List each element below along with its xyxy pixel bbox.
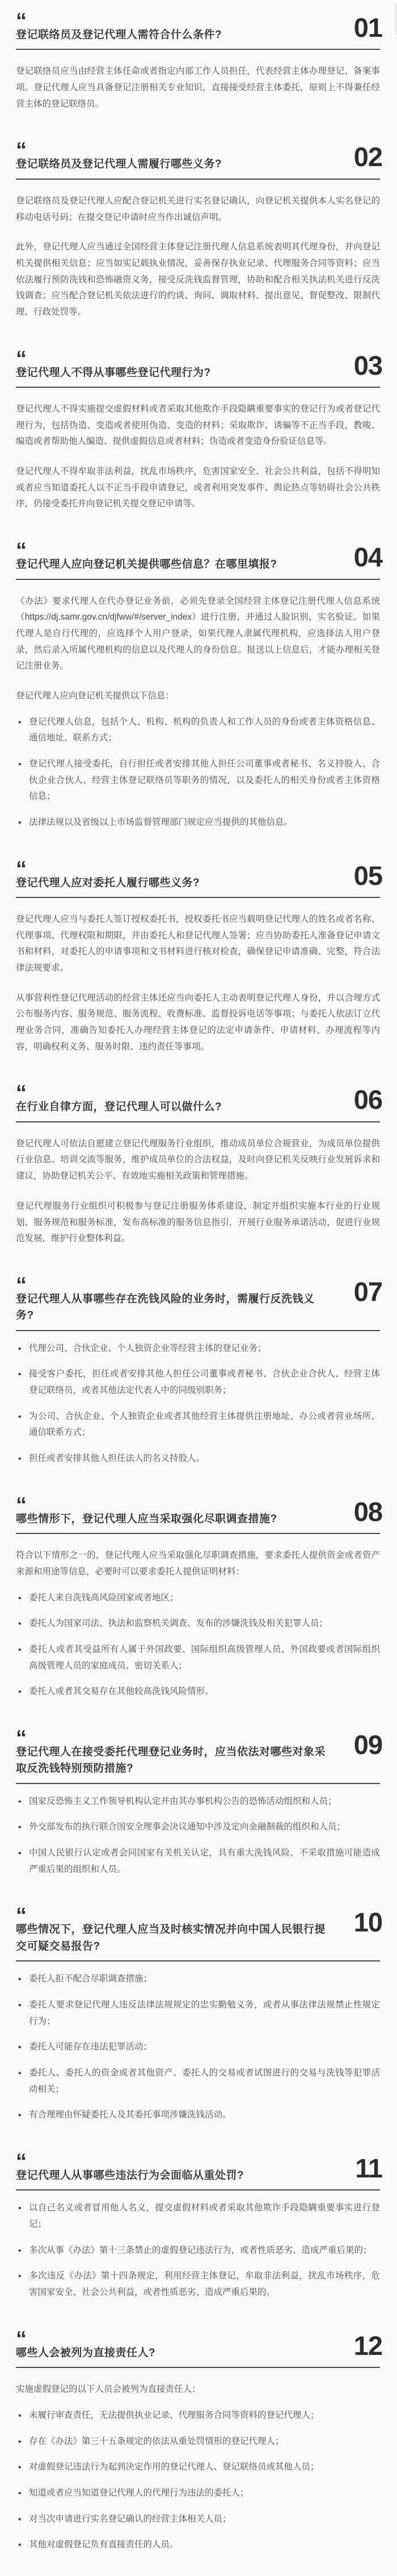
section-title: 登记联络员及登记代理人需履行哪些义务? — [16, 156, 330, 172]
bullet-item: 对当次申请进行实名登记确认的经营主体相关人员； — [16, 2511, 380, 2528]
section-body: 登记代理人应当与委托人签订授权委托书，授权委托书应当载明登记代理人的姓名或者名称… — [16, 912, 380, 1055]
quote-icon: “ — [16, 863, 330, 875]
bullet-item: 知道或者应当知道登记代理人的代理行为违法的委托人； — [16, 2485, 380, 2502]
bullet-item: 对虚假登记违法行为起到决定作用的登记代理人、登记联络员或其他人员； — [16, 2459, 380, 2476]
bullet-item: 未履行审查责任，无法提供执业记录、代理服务合同等资料的登记代理人； — [16, 2408, 380, 2424]
bullet-item: 委托人可能存在违法犯罪活动； — [16, 2039, 380, 2056]
section-body: 实施虚假登记的以下人员会被列为直接责任人：未履行审查责任，无法提供执业记录、代理… — [16, 2382, 380, 2553]
section-body: 登记代理人不得实施提交虚假材料或者采取其他欺诈手段隐瞒重要事实的登记行为或者登记… — [16, 401, 380, 512]
sections: “ 登记联络员及登记代理人需符合什么条件? 01 登记联络员应当由经营主体任命或… — [16, 15, 380, 2553]
section-body: 《办法》要求代理人在代办登记业务前，必须先登录全国经营主体登记注册代理人信息系统… — [16, 594, 380, 831]
section-title: 登记联络员及登记代理人需符合什么条件? — [16, 27, 330, 43]
quote-icon: “ — [16, 1732, 330, 1744]
paragraph: 符合以下情形之一的，登记代理人应当采取强化尽职调查措施，要求委托人提供资金或者资… — [16, 1548, 380, 1580]
section-rule — [16, 897, 380, 898]
section-title: 登记代理人应向登记机关提供哪些信息？在哪里填报? — [16, 556, 330, 573]
section-rule — [16, 1533, 380, 1534]
bullet-list: 委托人来自洗钱高风险国家或者地区；委托人为国家司法、执法和监察机关调查、发布的涉… — [16, 1590, 380, 1700]
section-title: 在行业自律方面，登记代理人可以做什么? — [16, 1099, 330, 1115]
section-number: 04 — [354, 543, 382, 571]
section-number: 06 — [354, 1086, 382, 1113]
section-number: 10 — [354, 1908, 382, 1936]
bullet-item: 委托人、委托人的资金或者其他资产、委托人的交易或者试图进行的交易与洗钱等犯罪活动… — [16, 2065, 380, 2098]
bullet-item: 法律法规以及省级以上市场监督管理部门规定应当提供的其他信息。 — [16, 815, 380, 831]
bullet-list: 代理公司、合伙企业、个人独资企业等经营主体的登记业务；接受客户委托，担任或者安排… — [16, 1341, 380, 1467]
bullet-item: 接受客户委托，担任或者安排其他人担任公司董事或者秘书、合伙企业合伙人、经营主体登… — [16, 1366, 380, 1399]
paragraph: 从事营利性登记代理活动的经营主体还应当向委托人主动表明登记代理人身份，并以合理方… — [16, 990, 380, 1056]
section-rule — [16, 1783, 380, 1784]
paragraph: 登记代理人应当与委托人签订授权委托书，授权委托书应当载明登记代理人的姓名或者名称… — [16, 912, 380, 977]
section-title: 登记代理人在接受委托代理登记业务时，应当依法对哪些对象采取反洗钱特别预防措施? — [16, 1744, 330, 1777]
paragraph: 《办法》要求代理人在代办登记业务前，必须先登录全国经营主体登记注册代理人信息系统… — [16, 594, 380, 675]
section-body: 国家反恐怖主义工作领导机构认定并由其办事机构公告的恐怖活动组织和人员；外交部发布… — [16, 1794, 380, 1878]
paragraph: 登记代理服务行业组织可积极参与登记注册服务体系建设，制定并组织实施本行业的行业规… — [16, 1198, 380, 1247]
section-header: “ 登记联络员及登记代理人需履行哪些义务? 02 — [16, 144, 380, 172]
quote-icon: “ — [16, 2333, 330, 2345]
section-header: “ 哪些人会被列为直接责任人? 12 — [16, 2333, 380, 2361]
quote-icon: “ — [16, 1909, 330, 1921]
bullet-item: 外交部发布的执行联合国安全理事会决议通知中涉及定向金融制裁的组织和人员； — [16, 1819, 380, 1836]
quote-icon: “ — [16, 1499, 330, 1511]
section-title: 登记代理人应对委托人履行哪些义务? — [16, 875, 330, 891]
bullet-list: 登记代理人信息，包括个人、机构、机构的负责人和工作人员的身份或者主体资格信息、通… — [16, 714, 380, 831]
quote-icon: “ — [16, 544, 330, 556]
section-rule — [16, 179, 380, 180]
section-title: 哪些情形下，登记代理人应当采取强化尽职调查措施? — [16, 1511, 330, 1527]
section-number: 09 — [354, 1731, 382, 1759]
faq-section: “ 登记代理人在接受委托代理登记业务时，应当依法对哪些对象采取反洗钱特别预防措施… — [16, 1732, 380, 1878]
bullet-item: 委托人拒不配合尽职调查措施； — [16, 1971, 380, 1988]
section-number: 11 — [355, 2154, 382, 2182]
section-body: 代理公司、合伙企业、个人独资企业等经营主体的登记业务；接受客户委托，担任或者安排… — [16, 1341, 380, 1467]
bullet-list: 未履行审查责任，无法提供执业记录、代理服务合同等资料的登记代理人；存在《办法》第… — [16, 2408, 380, 2553]
faq-section: “ 登记代理人不得从事哪些登记代理行为? 03 登记代理人不得实施提交虚假材料或… — [16, 353, 380, 512]
quote-icon: “ — [16, 1087, 330, 1099]
paragraph: 此外，登记代理人应当通过全国经营主体登记注册代理人信息系统表明其代理身份，并向登… — [16, 239, 380, 320]
faq-section: “ 哪些人会被列为直接责任人? 12 实施虚假登记的以下人员会被列为直接责任人：… — [16, 2333, 380, 2553]
bullet-item: 中国人民银行认定或者会同国家有关机关认定，具有重大洗钱风险、不采取措施可能造成严… — [16, 1845, 380, 1878]
section-header: “ 在行业自律方面，登记代理人可以做什么? 06 — [16, 1087, 380, 1115]
section-rule — [16, 1960, 380, 1961]
quote-icon: “ — [16, 1279, 330, 1291]
bullet-item: 委托人为国家司法、执法和监察机关调查、发布的涉嫌洗钱及相关犯罪人员； — [16, 1616, 380, 1632]
bullet-item: 委托人或者其受益所有人属于外国政要、国际组织高级管理人员、外国政要或者国际组织高… — [16, 1642, 380, 1674]
quote-icon: “ — [16, 15, 330, 27]
section-number: 05 — [354, 862, 382, 889]
bullet-item: 担任或者安排其他人担任法人的名义持股人。 — [16, 1451, 380, 1467]
section-header: “ 登记代理人在接受委托代理登记业务时，应当依法对哪些对象采取反洗钱特别预防措施… — [16, 1732, 380, 1777]
section-header: “ 登记代理人应对委托人履行哪些义务? 05 — [16, 863, 380, 891]
section-header: “ 哪些情况下，登记代理人应当及时核实情况并向中国人民银行提交可疑交易报告? 1… — [16, 1909, 380, 1955]
bullet-item: 委托人要求登记代理人违反法律法规规定的忠实勤勉义务，或者从事法律法规禁止性规定行… — [16, 1997, 380, 2030]
paragraph: 登记代理人可依法自愿建立登记代理服务行业组织，推动成员单位合规营业，为成员单位提… — [16, 1136, 380, 1185]
bullet-item: 以自己名义或者冒用他人名义，提交虚假材料或者采取其他欺诈手段隐瞒重要事实进行登记… — [16, 2200, 380, 2232]
section-number: 08 — [354, 1498, 382, 1526]
bullet-item: 多次从事《办法》第十三条禁止的虚假登记违法行为，或者性质恶劣、造成严重后果的； — [16, 2243, 380, 2259]
section-header: “ 登记代理人不得从事哪些登记代理行为? 03 — [16, 353, 380, 381]
section-header: “ 登记代理人从事哪些违法行为会面临从重处罚? 11 — [16, 2155, 380, 2184]
scrollbar-thumb[interactable] — [395, 3, 397, 35]
faq-section: “ 登记代理人从事哪些违法行为会面临从重处罚? 11 以自己名义或者冒用他人名义… — [16, 2155, 380, 2301]
faq-section: “ 登记代理人应对委托人履行哪些义务? 05 登记代理人应当与委托人签订授权委托… — [16, 863, 380, 1056]
bullet-list: 国家反恐怖主义工作领导机构认定并由其办事机构公告的恐怖活动组织和人员；外交部发布… — [16, 1794, 380, 1878]
section-header: “ 登记联络员及登记代理人需符合什么条件? 01 — [16, 15, 380, 43]
faq-section: “ 登记代理人从事哪些存在洗钱风险的业务时，需履行反洗钱义务? 07 代理公司、… — [16, 1279, 380, 1467]
faq-section: “ 登记联络员及登记代理人需履行哪些义务? 02 登记联络员及登记代理人应配合登… — [16, 144, 380, 320]
section-body: 以自己名义或者冒用他人名义，提交虚假材料或者采取其他欺诈手段隐瞒重要事实进行登记… — [16, 2200, 380, 2300]
bullet-list: 委托人拒不配合尽职调查措施；委托人要求登记代理人违反法律法规规定的忠实勤勉义务，… — [16, 1971, 380, 2124]
bullet-item: 多次违反《办法》第十四条规定，利用经营主体登记，牟取非法利益，扰乱市场秩序，危害… — [16, 2268, 380, 2300]
section-header: “ 登记代理人应向登记机关提供哪些信息？在哪里填报? 04 — [16, 544, 380, 573]
bullet-item: 登记代理人信息，包括个人、机构、机构的负责人和工作人员的身份或者主体资格信息、通… — [16, 714, 380, 747]
section-body: 登记代理人可依法自愿建立登记代理服务行业组织，推动成员单位合规营业，为成员单位提… — [16, 1136, 380, 1247]
faq-section: “ 在行业自律方面，登记代理人可以做什么? 06 登记代理人可依法自愿建立登记代… — [16, 1087, 380, 1247]
faq-section: “ 哪些情形下，登记代理人应当采取强化尽职调查措施? 08 符合以下情形之一的，… — [16, 1499, 380, 1700]
section-rule — [16, 1330, 380, 1331]
paragraph: 实施虚假登记的以下人员会被列为直接责任人： — [16, 2382, 380, 2398]
bullet-list: 以自己名义或者冒用他人名义，提交虚假材料或者采取其他欺诈手段隐瞒重要事实进行登记… — [16, 2200, 380, 2300]
section-rule — [16, 579, 380, 580]
section-rule — [16, 387, 380, 388]
paragraph: 登记联络员应当由经营主体任命或者指定内部工作人员担任，代表经营主体办理登记、备案… — [16, 63, 380, 112]
section-rule — [16, 2367, 380, 2368]
section-rule — [16, 2189, 380, 2191]
faq-document: “ 登记联络员及登记代理人需符合什么条件? 01 登记联络员应当由经营主体任命或… — [0, 0, 397, 2576]
section-number: 12 — [354, 2332, 382, 2359]
section-title: 登记代理人从事哪些违法行为会面临从重处罚? — [16, 2167, 330, 2184]
bullet-item: 登记代理人接受委托，自行担任或者安排其他人担任公司董事或者秘书、名义持股人、合伙… — [16, 756, 380, 805]
quote-icon: “ — [16, 353, 330, 365]
paragraph: 登记代理人应向登记机关提供以下信息： — [16, 688, 380, 705]
section-title: 登记代理人从事哪些存在洗钱风险的业务时，需履行反洗钱义务? — [16, 1291, 330, 1324]
section-number: 01 — [354, 14, 382, 41]
quote-icon: “ — [16, 2155, 330, 2167]
section-title: 哪些人会被列为直接责任人? — [16, 2345, 330, 2361]
quote-icon: “ — [16, 144, 330, 156]
paragraph: 登记代理人不得实施提交虚假材料或者采取其他欺诈手段隐瞒重要事实的登记行为或者登记… — [16, 401, 380, 450]
bullet-item: 有合理理由怀疑委托人及其委托事项涉嫌洗钱活动。 — [16, 2107, 380, 2124]
section-title: 登记代理人不得从事哪些登记代理行为? — [16, 365, 330, 381]
faq-section: “ 哪些情况下，登记代理人应当及时核实情况并向中国人民银行提交可疑交易报告? 1… — [16, 1909, 380, 2124]
bullet-item: 代理公司、合伙企业、个人独资企业等经营主体的登记业务； — [16, 1341, 380, 1357]
section-header: “ 登记代理人从事哪些存在洗钱风险的业务时，需履行反洗钱义务? 07 — [16, 1279, 380, 1324]
bullet-item: 委托人来自洗钱高风险国家或者地区； — [16, 1590, 380, 1607]
section-number: 07 — [354, 1278, 382, 1306]
bullet-item: 委托人或者其交易存在其他较高洗钱风险情形。 — [16, 1684, 380, 1700]
section-body: 登记联络员及登记代理人应配合登记机关进行实名登记确认，向登记机关提供本人实名登记… — [16, 193, 380, 321]
section-body: 登记联络员应当由经营主体任命或者指定内部工作人员担任，代表经营主体办理登记、备案… — [16, 63, 380, 112]
bullet-item: 国家反恐怖主义工作领导机构认定并由其办事机构公告的恐怖活动组织和人员； — [16, 1794, 380, 1810]
section-number: 02 — [354, 143, 382, 171]
bullet-item: 其他对虚假登记负有直接责任的人员。 — [16, 2537, 380, 2553]
section-body: 符合以下情形之一的，登记代理人应当采取强化尽职调查措施，要求委托人提供资金或者资… — [16, 1548, 380, 1700]
paragraph: 登记联络员及登记代理人应配合登记机关进行实名登记确认，向登记机关提供本人实名登记… — [16, 193, 380, 226]
paragraph: 登记代理人不得牟取非法利益，扰乱市场秩序，危害国家安全、社会公共利益，包括不得明… — [16, 464, 380, 512]
bullet-item: 为公司、合伙企业、个人独资企业或者其他经营主体提供注册地址、办公或者营业场所、通… — [16, 1409, 380, 1441]
section-number: 03 — [354, 351, 382, 379]
section-body: 委托人拒不配合尽职调查措施；委托人要求登记代理人违反法律法规规定的忠实勤勉义务，… — [16, 1971, 380, 2124]
section-rule — [16, 1121, 380, 1122]
section-rule — [16, 49, 380, 50]
section-header: “ 哪些情形下，登记代理人应当采取强化尽职调查措施? 08 — [16, 1499, 380, 1527]
faq-section: “ 登记联络员及登记代理人需符合什么条件? 01 登记联络员应当由经营主体任命或… — [16, 15, 380, 112]
bullet-item: 存在《办法》第三十五条规定的依法从重处罚情形的登记代理人； — [16, 2434, 380, 2450]
faq-section: “ 登记代理人应向登记机关提供哪些信息？在哪里填报? 04 《办法》要求代理人在… — [16, 544, 380, 831]
section-title: 哪些情况下，登记代理人应当及时核实情况并向中国人民银行提交可疑交易报告? — [16, 1921, 330, 1955]
